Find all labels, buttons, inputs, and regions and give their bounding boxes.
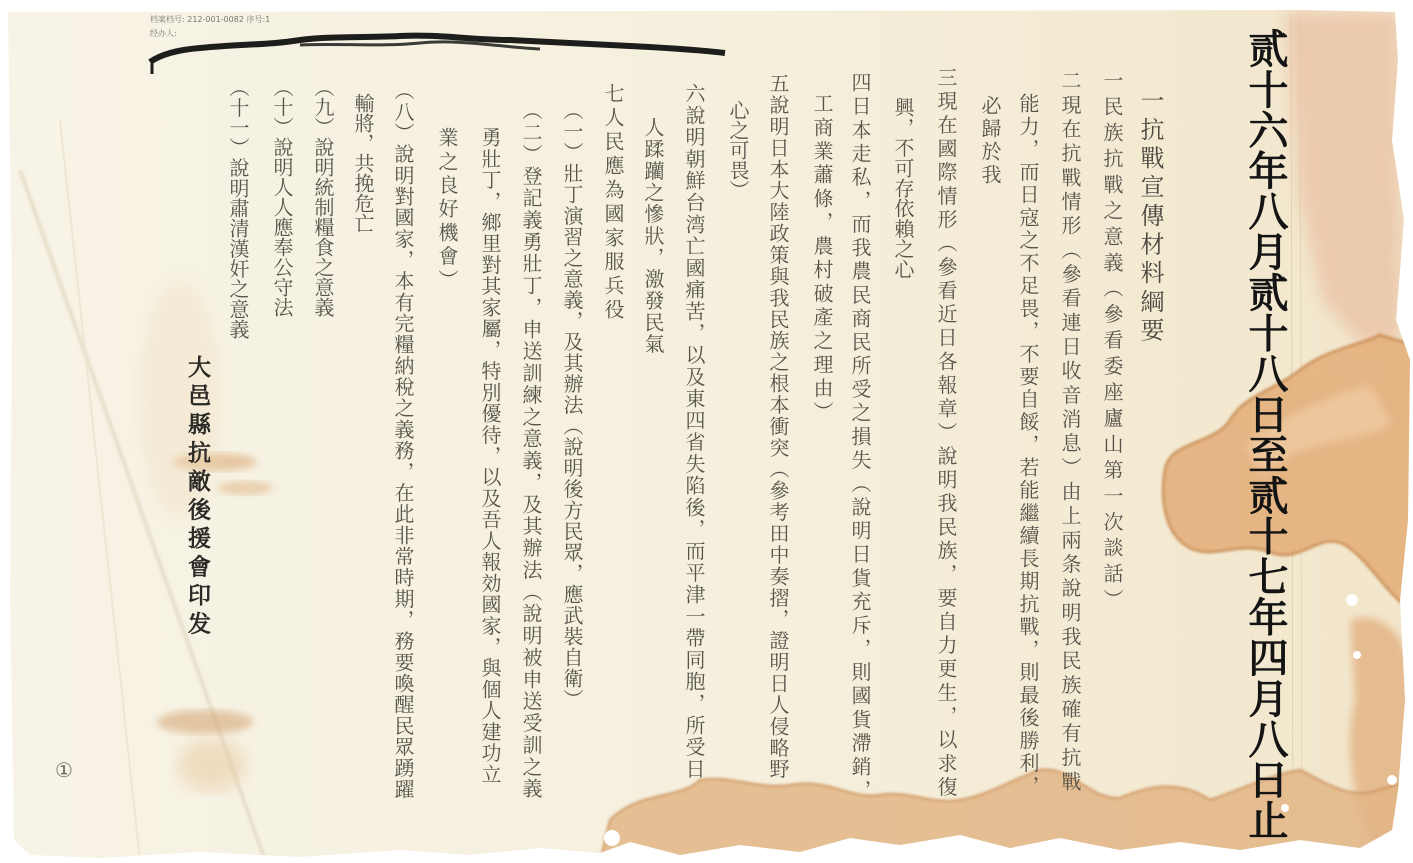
outline-line-3: 能力，而日寇之不足畏，不要自餒，若能繼續長期抗戰，則最後勝利， xyxy=(1014,93,1042,798)
outline-line-17: 業之良好機會） xyxy=(433,127,461,293)
page-number-mark: ① xyxy=(55,758,73,782)
outline-line-1: 一民族抗戰之意義（參看委座廬山第一次談話） xyxy=(1098,70,1126,615)
outline-line-6: 興，不可存依賴之心 xyxy=(889,97,917,279)
issuer-signature: 大邑縣抗敵後援會印发 xyxy=(182,355,212,640)
outline-line-20: （九）說明統制糧食之意義 xyxy=(309,77,337,317)
outline-line-9: 五說明日本大陸政策與我民族之根本衝突（參考田中奏摺，證明日人侵略野 xyxy=(764,73,792,780)
outline-line-7: 四日本走私，而我農民商民所受之損失（說明日貨充斥，則國貨滯銷， xyxy=(846,72,874,803)
date-range: 贰十六年八月贰十八日至贰十七年四月八日止 xyxy=(1237,28,1293,840)
outline-line-22: （十一）說明肅清漢奸之意義 xyxy=(224,77,252,339)
outline-line-15: （二）登記義勇壯丁，申送訓練之意義，及其辦法（說明被申送受訓之義 xyxy=(517,100,545,800)
outline-line-13: 七人民應為國家服兵役 xyxy=(599,83,627,323)
outline-line-10: 心之可畏） xyxy=(724,100,752,200)
outline-line-12: 人蹂躪之慘狀，激發民氣 xyxy=(639,117,667,355)
outline-line-2: 二現在抗戰情形（參看連日收音消息）由上兩条說明我民族確有抗戰 xyxy=(1056,70,1084,795)
outline-line-21: （十）說明人人應奉公守法 xyxy=(268,77,296,317)
archive-number-stamp: 档案档号: 212-001-0082 序号:1 xyxy=(150,14,270,25)
outline-line-8: 工商業蕭條，農村破產之理由） xyxy=(808,93,836,425)
archive-handler-stamp: 经办人: xyxy=(150,28,177,39)
outline-line-14: （一）壯丁演習之意義，及其辦法（說明後方民眾，應武裝自衛） xyxy=(558,100,586,710)
outline-line-16: 勇壯丁，鄉里對其家屬，特別優待，以及吾人報効國家，與個人建功立 xyxy=(476,127,504,785)
outline-line-18: （八）說明對國家，本有完糧納稅之義務，在此非常時期，務要喚醒民眾踴躍 xyxy=(389,80,417,800)
document-title: 一抗戰宣傳材料綱要 xyxy=(1134,88,1166,346)
outline-line-4: 必歸於我 xyxy=(976,95,1004,187)
outline-line-19: 輸將，共挽危亡 xyxy=(349,93,377,233)
outline-line-5: 三現在國際情形（參看近日各報章）說明我民族，要自力更生，以求復 xyxy=(932,67,960,800)
outline-line-11: 六說明朝鮮台湾亡國痛苦，以及東四省失陷後，而平津一帶同胞，所受日 xyxy=(680,83,708,780)
